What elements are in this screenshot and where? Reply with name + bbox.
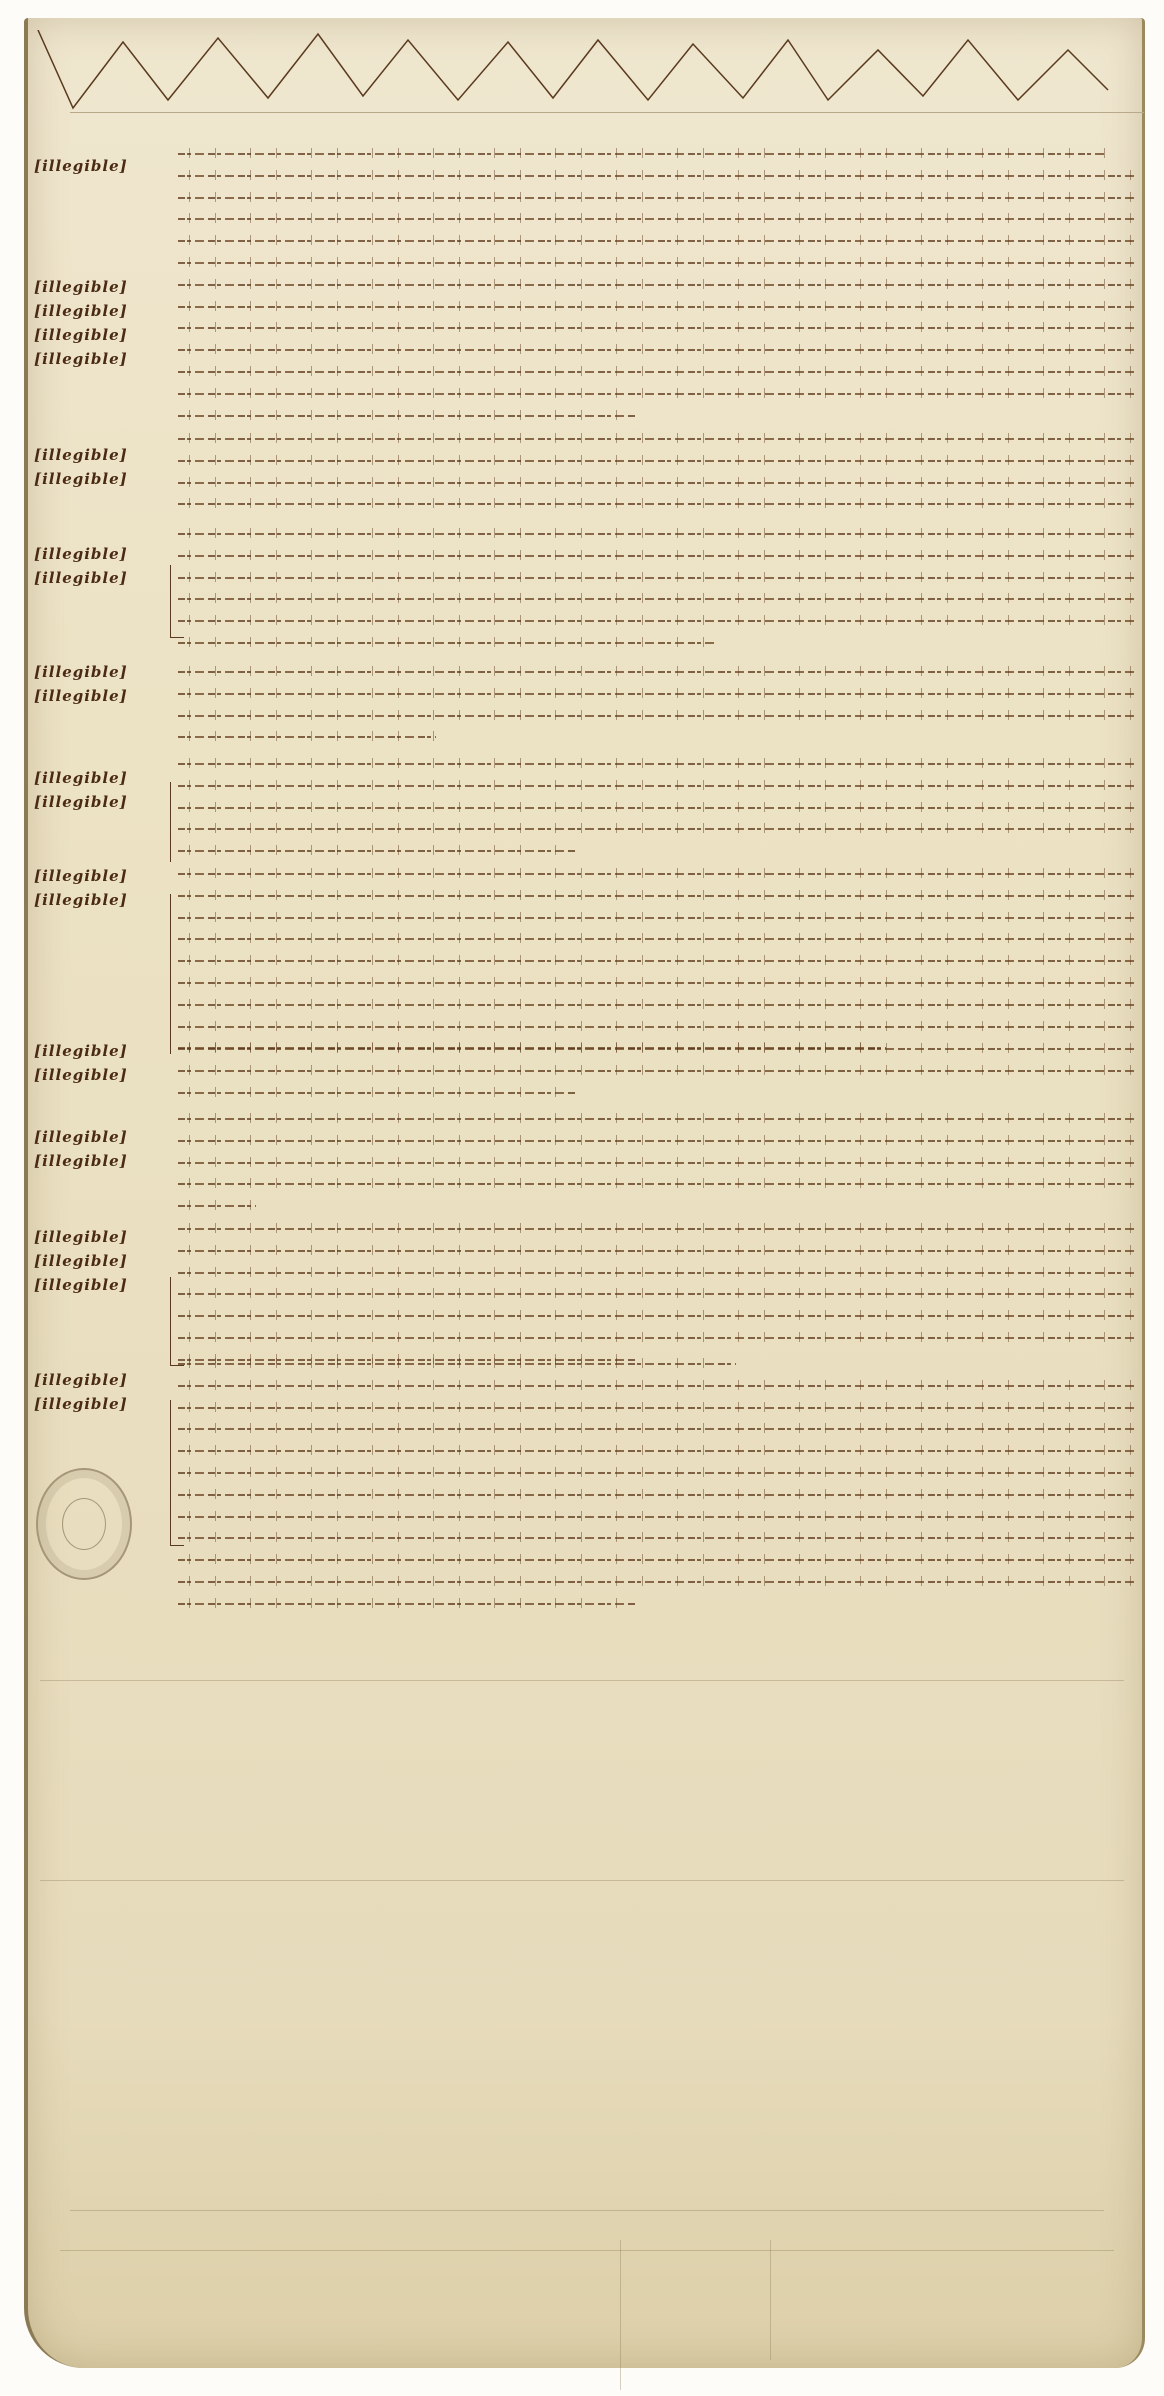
margin-note: [illegible] [illegible] <box>34 1368 169 1416</box>
section-body <box>178 1035 1136 1100</box>
ruled-line <box>70 112 1144 113</box>
margin-note: [illegible] [illegible] <box>34 1125 169 1173</box>
section-body <box>178 1105 1136 1214</box>
margin-note: [illegible] [illegible] <box>34 864 169 912</box>
zigzag-border <box>28 30 1128 116</box>
section-body <box>178 1215 1136 1368</box>
margin-note: [illegible] [illegible] <box>34 766 169 814</box>
section-body <box>178 520 1136 651</box>
seal-icon <box>36 1468 132 1580</box>
margin-note: [illegible] [illegible] <box>34 443 169 491</box>
section-body <box>178 750 1136 859</box>
section-body <box>178 425 1136 512</box>
margin-note: [illegible] [illegible] [illegible] [ill… <box>34 275 169 371</box>
section-body <box>178 860 1136 1056</box>
section-body <box>178 658 1136 745</box>
margin-note: [illegible] [illegible] [illegible] <box>34 1225 169 1297</box>
margin-note: [illegible] [illegible] <box>34 1039 169 1087</box>
section-body <box>178 140 1136 423</box>
margin-note: [illegible] [illegible] <box>34 542 169 590</box>
margin-note: [illegible] [illegible] <box>34 660 169 708</box>
section-body <box>178 1350 1136 1612</box>
margin-note: [illegible] <box>34 154 169 178</box>
